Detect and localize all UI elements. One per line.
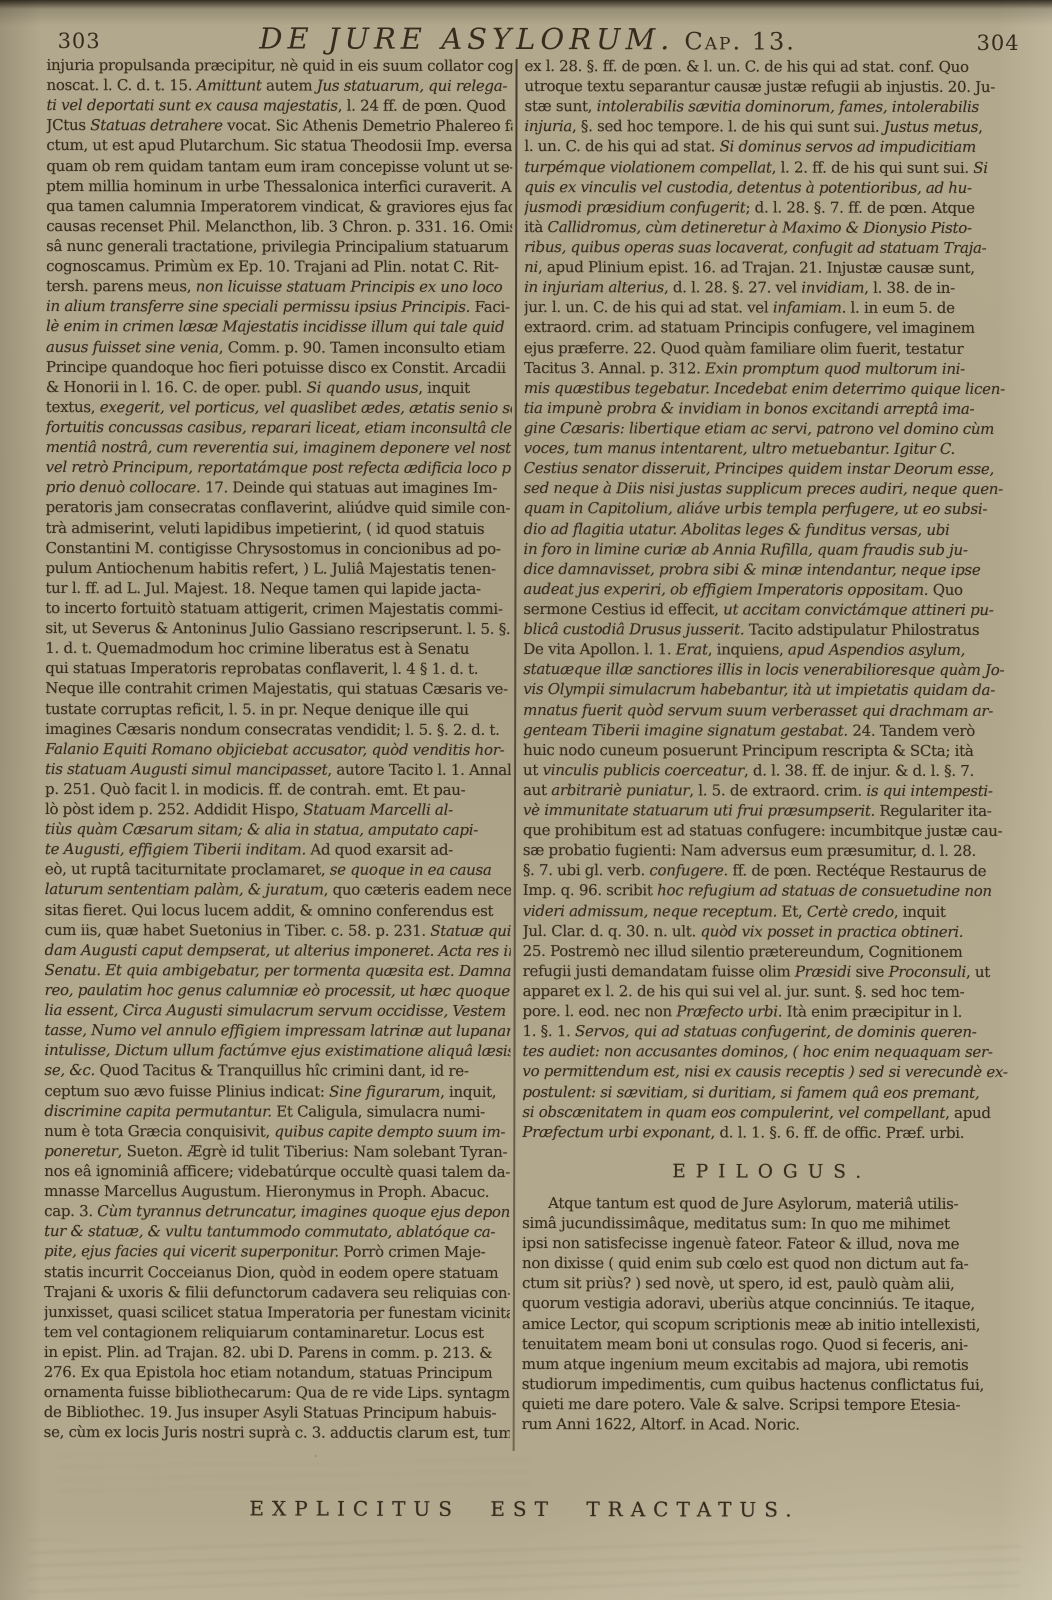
text-line: mnatus fuerit quòd servum suum verberass… [523, 700, 1022, 721]
text-line: statuæque illæ sanctiores illis in locis… [523, 660, 1022, 681]
text-line: De vita Apollon. l. 1. Erat, inquiens, a… [523, 640, 1022, 661]
text-line: tiùs quàm Cæsarum sitam; & alia in statu… [45, 820, 511, 841]
text-line: apparet ex l. 2. de his qui sui vel al. … [523, 982, 1022, 1003]
text-line: videri admissum, neque receptum. Et, Cer… [523, 902, 1022, 923]
text-line: dice damnavisset, probra sibi & minæ int… [523, 560, 1022, 581]
text-line: tur & statuæ, & vultu tantummodo commuta… [44, 1222, 510, 1243]
text-line: 1. §. 1. Servos, qui ad statuas confuger… [522, 1022, 1021, 1043]
text-line: textus, exegerit, vel porticus, vel quas… [46, 398, 512, 419]
text-line: refugii justi demandatam fuisse olim Præ… [523, 962, 1022, 983]
text-line: vo permittendum est, nisi ex causis rece… [522, 1062, 1021, 1083]
text-line: injuria propulsanda præcipitur, nè quid … [47, 56, 513, 77]
text-line: ejus præferre. 22. Quod quàm familiare o… [524, 339, 1023, 360]
text-line: tasse, Numo vel annulo effigiem impressa… [44, 1021, 510, 1042]
text-line: 1. d. t. Quemadmodum hoc crimine liberat… [45, 639, 511, 660]
text-line: fortuitis concussas casibus, reparari li… [46, 418, 512, 439]
text-line: qui statuas Imperatoris reprobatas confl… [45, 659, 511, 680]
text-column-right: ex l. 28. §. ff. de pœn. & l. un. C. de … [522, 57, 1024, 1452]
text-line: ità Callidromus, cùm detineretur à Maxim… [524, 218, 1023, 239]
text-line: pite, ejus facies qui vicerit superponit… [44, 1242, 510, 1263]
text-line: ipsi non satisfecisse ingenuè fateor. Fa… [522, 1234, 1021, 1255]
text-line: ctum sit priùs? ) sed novè, ut spero, id… [522, 1274, 1021, 1295]
text-line: de Bibliothec. 19. Jus insuper Asyli Sta… [44, 1403, 510, 1424]
text-line: tersh. parens meus, non licuisse statuam… [46, 277, 512, 298]
text-line: que prohibitum est ad statuas confugere:… [523, 821, 1022, 842]
text-line: lia essent, Circa Augusti simulacrum ser… [45, 1001, 511, 1022]
text-line: noscat. l. C. d. t. 15. Amittunt autem J… [46, 76, 512, 97]
text-line: poneretur, Sueton. Ægrè id tulit Tiberiu… [44, 1142, 510, 1163]
text-line: studiorum impedimentis, cum quibus hacte… [522, 1375, 1021, 1396]
book-page-scan: 303 DE JURE ASYLORUM.Cap. 13. 304 injuri… [0, 0, 1052, 1600]
text-line: trà admiserint, veluti lapidibus impetie… [46, 519, 512, 540]
text-line: quorum vestigia adoravi, uberiùs atque c… [522, 1294, 1021, 1315]
text-line: in injuriam alterius, d. l. 28. §. 27. v… [524, 278, 1023, 299]
text-columns: injuria propulsanda præcipitur, nè quid … [44, 56, 1024, 1452]
text-line: 25. Postremò nec illud silentio prætereu… [523, 942, 1022, 963]
text-line: quis ex vinculis vel custodia, detentus … [524, 178, 1023, 199]
text-line: dio ad flagitia utatur. Abolitas leges &… [524, 520, 1023, 541]
text-line: in foro in limine curiæ ab Annia Rufilla… [524, 540, 1023, 561]
text-line: eò, ut ruptâ taciturnitate proclamaret, … [45, 860, 511, 881]
text-line: to incerto fortuitò statuam attigerit, c… [45, 599, 511, 620]
text-line: Trajani & uxoris & filii defunctorum cad… [44, 1283, 510, 1304]
text-line: Falanio Equiti Romano objiciebat accusat… [45, 740, 511, 761]
text-line: Atque tantum est quod de Jure Asylorum, … [522, 1194, 1021, 1215]
text-line: num è tota Græcia conquisivit, quibus ca… [44, 1122, 510, 1143]
text-line: gine Cæsaris: libertique etiam ac servi,… [524, 419, 1023, 440]
text-line: postulent: si sævitiam, si duritiam, si … [522, 1083, 1021, 1104]
text-line: mentiâ nostrâ, cum reverentia sui, imagi… [46, 438, 512, 459]
text-line: huic nodo cuneum posuerunt Principum res… [523, 741, 1022, 762]
text-line: statis incurrit Cocceianus Dion, quòd in… [44, 1263, 510, 1284]
text-line: junxisset, quasi scilicet statua Imperat… [44, 1303, 510, 1324]
text-line: sed neque à Diis nisi justas supplicum p… [524, 479, 1023, 500]
page-header: 303 DE JURE ASYLORUM.Cap. 13. 304 [2, 17, 1052, 61]
text-line: audeat jus experiri, ob effigiem Imperat… [523, 580, 1022, 601]
text-line: tenuitatem meam boni ut consulas rogo. Q… [522, 1335, 1021, 1356]
text-line: Præfectum urbi exponant, d. l. 1. §. 6. … [522, 1123, 1021, 1144]
text-line: JCtus Statuas detrahere vocat. Sic Athen… [46, 116, 512, 137]
text-line: causas recenset Phil. Melancthon, lib. 3… [46, 217, 512, 238]
text-line: Senatu. Et quia ambigebatur, per torment… [45, 961, 511, 982]
text-line: tis statuam Augusti simul mancipasset, a… [45, 760, 511, 781]
text-line: se, cùm ex locis Juris nostri suprà c. 3… [44, 1423, 510, 1444]
text-line: sitas fieret. Qui locus lucem addit, & o… [45, 901, 511, 922]
text-line: in alium transferre sine speciali permis… [46, 297, 512, 318]
text-line: vel retrò Principum, reportatámque post … [46, 458, 512, 479]
text-line: Constantini M. contigisse Chrysostomus i… [46, 539, 512, 560]
text-line: se, &c. Quod Tacitus & Tranquillus hîc c… [44, 1061, 510, 1082]
text-line: ex l. 28. §. ff. de pœn. & l. un. C. de … [525, 57, 1024, 78]
text-line: §. 7. ubi gl. verb. confugere. ff. de pœ… [523, 861, 1022, 882]
text-line: mum atque ingenium meum excitabis ad maj… [522, 1355, 1021, 1376]
text-column-left: injuria propulsanda præcipitur, nè quid … [44, 56, 513, 1451]
text-line: dam Augusti caput dempserat, ut alterius… [45, 941, 511, 962]
text-line: quam ob rem quidam tantam eum iram conce… [46, 157, 512, 178]
text-line: utroque textu separantur causæ justæ ref… [524, 77, 1023, 98]
text-line: tia impunè probra & invidiam in bonos ex… [524, 399, 1023, 420]
page-number-right: 304 [976, 31, 1019, 55]
text-line: lè enim in crimen læsæ Majestatis incidi… [46, 317, 512, 338]
text-line: & Honorii in l. 16. C. de oper. publ. Si… [46, 378, 512, 399]
text-line: ceptum suo ævo fuisse Plinius indicat: S… [44, 1082, 510, 1103]
chapter-label: Cap. 13. [684, 27, 796, 55]
text-line: pore. l. eod. nec non Præfecto urbi. Ità… [523, 1002, 1022, 1023]
text-line: Neque ille contrahit crimen Majestatis, … [45, 679, 511, 700]
text-line: ausus fuisset sine venia, Comm. p. 90. T… [46, 338, 512, 359]
show-through-texture [59, 1454, 531, 1495]
text-line: ut vinculis publicis coerceatur, d. l. 3… [523, 761, 1022, 782]
text-line: imagines Cæsaris nondum consecratas vend… [45, 720, 511, 741]
text-line: non dixisse ( quid enim sub cœlo est quo… [522, 1254, 1021, 1275]
text-line: simâ jucundissimâque, meditatus sum: In … [522, 1214, 1021, 1235]
text-line: 276. Ex qua Epistola hoc etiam notandum,… [44, 1363, 510, 1384]
text-line: mnasse Marcellus Augustum. Hieronymus in… [44, 1182, 510, 1203]
text-line: laturum sententiam palàm, & juratum, quo… [45, 880, 511, 901]
text-line: stæ sunt, intolerabilis sævitia dominoru… [524, 97, 1023, 118]
text-line: turpémque violationem compellat, l. 2. f… [524, 158, 1023, 179]
text-line: quieti me dare potero. Vale & salve. Scr… [522, 1395, 1021, 1416]
text-line: Jul. Clar. d. q. 30. n. ult. quòd vix po… [523, 922, 1022, 943]
text-line: cum iis, quæ habet Suetonius in Tiber. c… [45, 921, 511, 942]
text-line: Tacitus 3. Annal. p. 312. Exin promptum … [524, 359, 1023, 380]
text-line: genteam Tiberii imagine signatum gestaba… [523, 721, 1022, 742]
text-line: intulisse, Dictum ullum factúmve ejus ex… [44, 1041, 510, 1062]
text-line: tes audiet: non accusantes dominos, ( ho… [522, 1042, 1021, 1063]
text-line: Imp. q. 96. scribit hoc refugium ad stat… [523, 881, 1022, 902]
running-title: DE JURE ASYLORUM. [259, 21, 674, 56]
text-line: nos eâ ignominiâ afficere; videbatúrque … [44, 1162, 510, 1183]
page-content: 303 DE JURE ASYLORUM.Cap. 13. 304 injuri… [0, 0, 1052, 1600]
text-line: si obscænitatem in quam eos compulerint,… [522, 1103, 1021, 1124]
text-line: l. un. C. de his qui ad stat. Si dominus… [524, 137, 1023, 158]
text-line: pulum Antiochenum habitis refert, ) L. J… [45, 559, 511, 580]
text-line: vis Olympii simulacrum habebantur, ità u… [523, 680, 1022, 701]
text-line: jusmodi præsidium confugerit; d. l. 28. … [524, 198, 1023, 219]
text-line: te Augusti, effigiem Tiberii inditam. Ad… [45, 840, 511, 861]
text-line: mis quæstibus tegebatur. Incedebat enim … [524, 379, 1023, 400]
text-line: cap. 3. Cùm tyrannus detruncatur, imagin… [44, 1202, 510, 1223]
left-column-text: injuria propulsanda præcipitur, nè quid … [44, 56, 513, 1445]
text-line: qua tamen calumnia Imperatorem vindicat,… [46, 197, 512, 218]
right-column-text: ex l. 28. §. ff. de pœn. & l. un. C. de … [522, 57, 1023, 1144]
text-line: ptem millia hominum in urbe Thessalonica… [46, 177, 512, 198]
text-line: ctum, ut est apud Plutarchum. Sic statua… [46, 136, 512, 157]
text-line: rum Anni 1622, Altorf. in Acad. Noric. [522, 1415, 1021, 1436]
show-through-texture [28, 1539, 1020, 1597]
text-line: lò pòst idem p. 252. Addidit Hispo, Stat… [45, 800, 511, 821]
text-line: aut arbitrariè puniatur, l. 5. de extrao… [523, 781, 1022, 802]
text-line: sâ nunc generali tractatione, privilegia… [46, 237, 512, 258]
text-line: ribus, quibus operas suas locaverat, con… [524, 238, 1023, 259]
text-line: extraord. crim. ad statuam Principis con… [524, 318, 1023, 339]
footer-colophon: EXPLICITUS EST TRACTATUS. [0, 1496, 1051, 1522]
text-line: discrimine capita permutantur. Et Caligu… [44, 1102, 510, 1123]
text-line: ti vel deportati sunt ex causa majestati… [46, 96, 512, 117]
text-line: blicâ custodiâ Drusus jusserit. Tacito a… [523, 620, 1022, 641]
text-line: Principe quandoque hoc fieri potuisse di… [46, 358, 512, 379]
text-line: sermone Cestius id effecit, ut accitam c… [523, 600, 1022, 621]
column-divider [513, 59, 518, 1451]
text-line: vè immunitate statuarum uti frui præsump… [523, 801, 1022, 822]
text-line: sæ probatio fugienti: Nam adversus eum p… [523, 841, 1022, 862]
text-line: ornamenta fuisse bibliothecarum: Qua de … [44, 1383, 510, 1404]
text-line: quam in Capitolium, aliáve urbis templa … [524, 499, 1023, 520]
text-line: prio denuò collocare. 17. Deinde qui sta… [46, 478, 512, 499]
text-line: cognoscamus. Primùm ex Ep. 10. Trajani a… [46, 257, 512, 278]
page-title: DE JURE ASYLORUM.Cap. 13. [2, 21, 1052, 57]
epilogue-paragraph: Atque tantum est quod de Jure Asylorum, … [522, 1194, 1022, 1436]
text-line: ni, apud Plinium epist. 16. ad Trajan. 2… [524, 258, 1023, 279]
epilogus-heading: EPILOGUS. [522, 1161, 1021, 1182]
text-line: jur. l. un. C. de his qui ad stat. vel i… [524, 298, 1023, 319]
text-line: voces, tum manus intentarent, ultro metu… [524, 439, 1023, 460]
text-line: reo, paulatim hoc genus calumniæ eò proc… [45, 981, 511, 1002]
text-line: amice Lector, qui scopum scriptionis meæ… [522, 1315, 1021, 1336]
text-line: tustate corruptas reficit, l. 5. in pr. … [45, 699, 511, 720]
text-line: in epist. Plin. ad Trajan. 82. ubi D. Pa… [44, 1343, 510, 1364]
text-line: tem vel contagionem reliquiarum contamin… [44, 1323, 510, 1344]
text-line: tur l. ff. ad L. Jul. Majest. 18. Neque … [45, 579, 511, 600]
text-line: injuria, §. sed hoc tempore. l. de his q… [524, 117, 1023, 138]
text-line: sit, ut Severus & Antoninus Julio Gassia… [45, 619, 511, 640]
text-line: peratoris jam consecratas conflaverint, … [46, 498, 512, 519]
text-line: Cestius senator disseruit, Principes qui… [524, 459, 1023, 480]
text-line: p. 251. Quò facit l. in modicis. ff. de … [45, 780, 511, 801]
